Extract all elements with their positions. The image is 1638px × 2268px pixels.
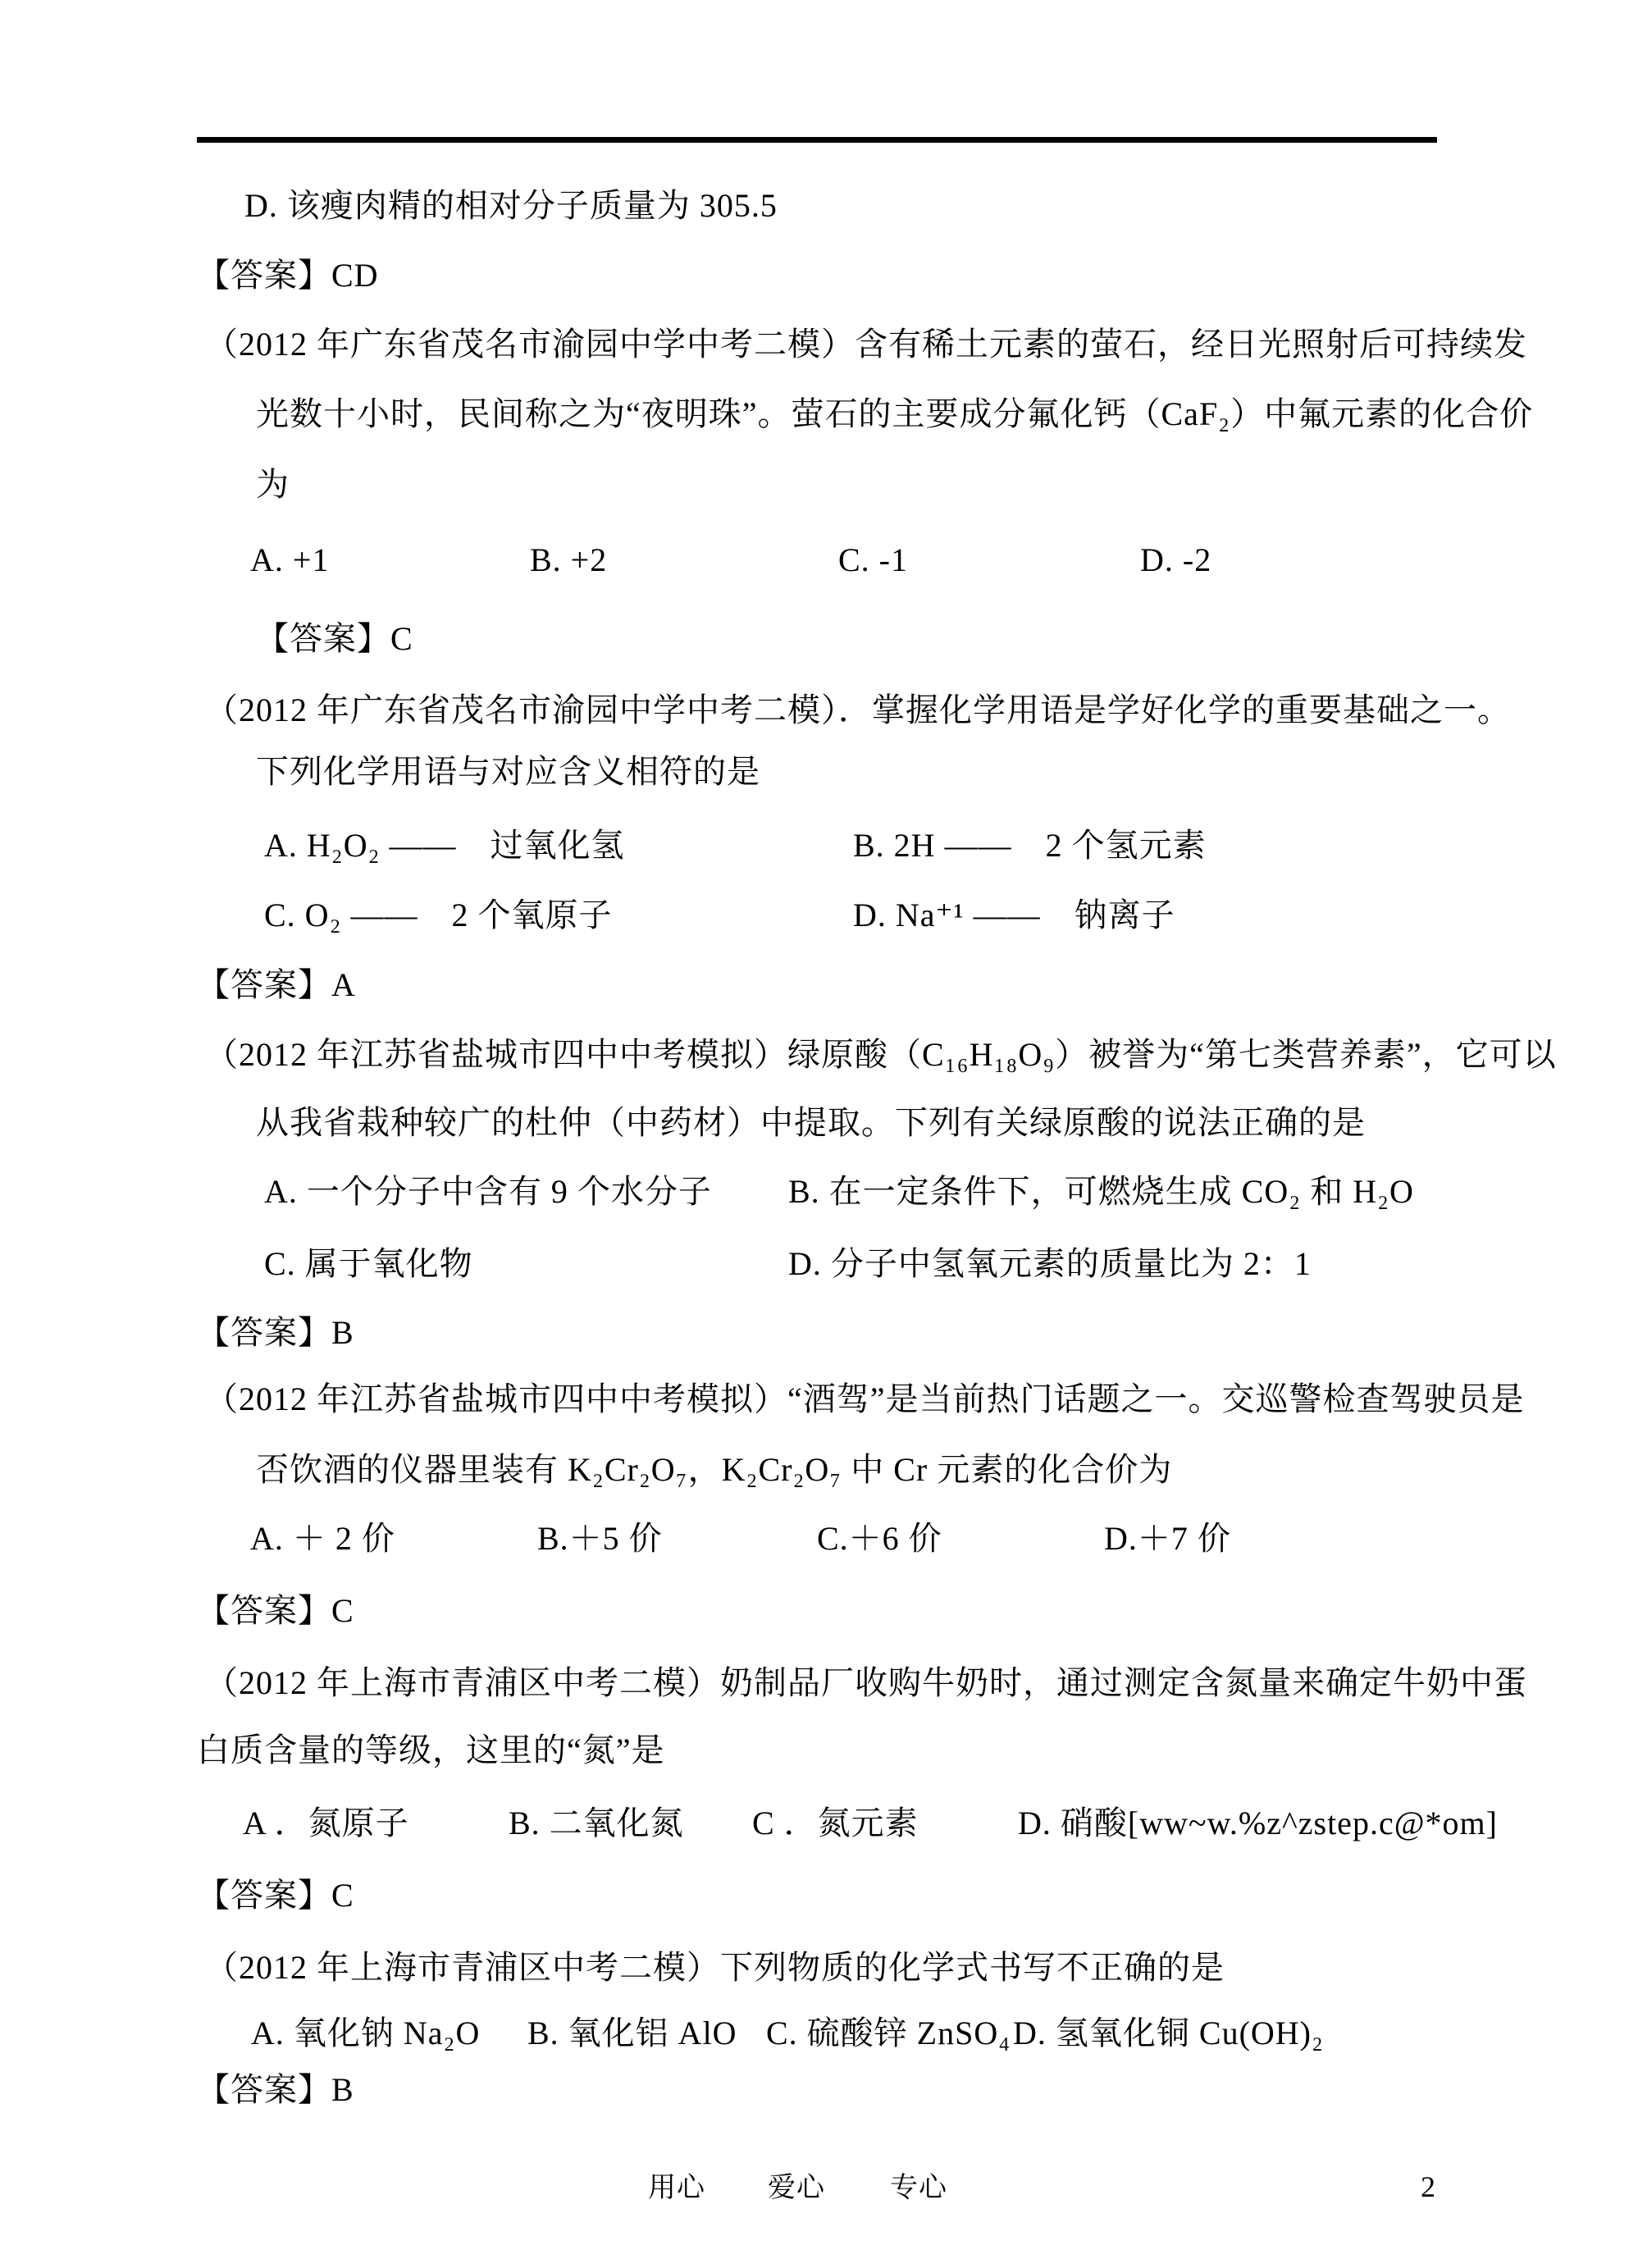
question-stem-line: （2012 年江苏省盐城市四中中考模拟）“酒驾”是当前热门话题之一。交巡警检查驾… [205, 1380, 1525, 1418]
option-d: D. Na⁺¹ —— 钠离子 [853, 897, 1175, 934]
option-d: D. 氢氧化铜 Cu(OH)₂ [1013, 2015, 1324, 2052]
question-stem-line: 为 [256, 466, 290, 504]
answer-line: 【答案】CD [197, 257, 379, 294]
answer-line: 【答案】C [256, 620, 413, 658]
answer-line: 【答案】B [197, 2071, 354, 2109]
option-c: C. 硫酸锌 ZnSO₄ [766, 2015, 1011, 2052]
option-a: A ．氮原子 [243, 1805, 409, 1842]
option-c: C. 属于氧化物 [264, 1245, 473, 1283]
option-a: A. H₂O₂ —— 过氧化氢 [264, 827, 625, 865]
header-rule [197, 137, 1437, 143]
option-a: A. 氧化钠 Na₂O [251, 2015, 480, 2052]
question-stem-line: （2012 年广东省茂名市渝园中学中考二模）含有稀土元素的萤石，经日光照射后可持… [205, 326, 1527, 363]
option-b: B. 在一定条件下，可燃烧生成 CO₂ 和 H₂O [788, 1173, 1414, 1211]
footer-label: 用心 [648, 2172, 705, 2204]
option-b: B. 氧化铝 AlO [527, 2015, 737, 2052]
footer-label: 专心 [890, 2172, 947, 2204]
question-stem-line: （2012 年上海市青浦区中考二模）下列物质的化学式书写不正确的是 [205, 1949, 1225, 1987]
question-stem-line: 白质含量的等级，这里的“氮”是 [197, 1732, 665, 1769]
option-c: C ．氮元素 [752, 1805, 919, 1842]
footer-label: 爱心 [768, 2172, 825, 2204]
option-d: D. -2 [1140, 541, 1211, 579]
question-stem-line: （2012 年江苏省盐城市四中中考模拟）绿原酸（C₁₆H₁₈O₉）被誉为“第七类… [205, 1036, 1557, 1074]
carryover-option-d: D. 该瘦肉精的相对分子质量为 305.5 [244, 187, 778, 225]
answer-line: 【答案】A [197, 966, 356, 1004]
option-c: C. -1 [838, 541, 908, 579]
question-stem-line: （2012 年上海市青浦区中考二模）奶制品厂收购牛奶时，通过测定含氮量来确定牛奶… [205, 1664, 1527, 1702]
option-a: A. ＋ 2 价 [250, 1520, 395, 1558]
option-b: B. +2 [530, 541, 607, 579]
option-b: B. 2H —— 2 个氢元素 [853, 827, 1207, 865]
answer-line: 【答案】C [197, 1877, 354, 1914]
question-stem-line: 光数十小时，民间称之为“夜明珠”。萤石的主要成分氟化钙（CaF₂）中氟元素的化合… [256, 395, 1533, 433]
option-a: A. 一个分子中含有 9 个水分子 [264, 1173, 712, 1211]
option-d: D. 分子中氢氧元素的质量比为 2：1 [788, 1245, 1312, 1283]
question-stem-line: 否饮酒的仪器里装有 K₂Cr₂O₇，K₂Cr₂O₇ 中 Cr 元素的化合价为 [256, 1451, 1172, 1489]
option-c: C.＋6 价 [817, 1520, 942, 1558]
answer-line: 【答案】C [197, 1592, 354, 1630]
option-a: A. +1 [250, 541, 329, 579]
answer-line: 【答案】B [197, 1314, 354, 1352]
question-stem-line: 从我省栽种较广的杜仲（中药材）中提取。下列有关绿原酸的说法正确的是 [256, 1104, 1366, 1142]
option-c: C. O₂ —— 2 个氧原子 [264, 897, 613, 934]
question-stem-line: （2012 年广东省茂名市渝园中学中考二模）．掌握化学用语是学好化学的重要基础之… [205, 691, 1511, 729]
option-d: D. 硝酸[ww~w.%z^zstep.c@*om] [1018, 1805, 1498, 1842]
option-b: B. 二氧化氮 [509, 1805, 684, 1842]
question-stem-line: 下列化学用语与对应含义相符的是 [256, 753, 760, 791]
page-number: 2 [1421, 2170, 1436, 2204]
option-d: D.＋7 价 [1104, 1520, 1231, 1558]
document-page: D. 该瘦肉精的相对分子质量为 305.5 【答案】CD （2012 年广东省茂… [0, 0, 1638, 2268]
option-b: B.＋5 价 [537, 1520, 663, 1558]
